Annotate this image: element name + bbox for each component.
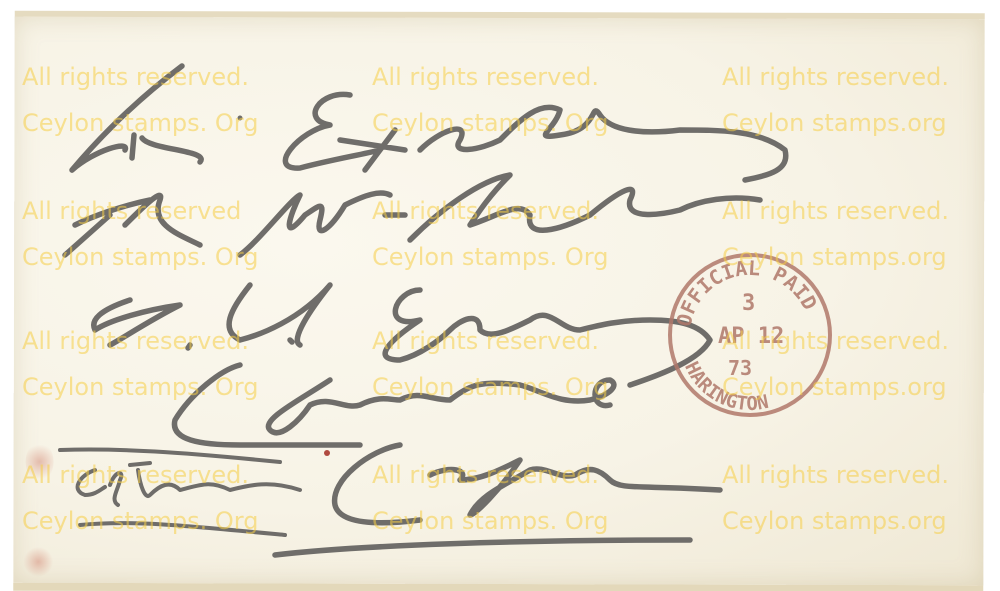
envelope-scan: OFFICIAL PAID HARINGTON 3 AP 12 73 All r… <box>0 0 1000 591</box>
handwriting-rt-honble <box>65 175 760 255</box>
handwriting-ceylon <box>335 445 720 523</box>
postmark-date: AP 12 <box>718 324 784 349</box>
red-dot <box>324 450 330 456</box>
handwriting-his <box>72 66 201 170</box>
postmark-bottom-text: HARINGTON <box>680 358 770 415</box>
svg-text:HARINGTON: HARINGTON <box>680 358 770 415</box>
handwriting: OFFICIAL PAID HARINGTON 3 AP 12 73 <box>0 0 1000 591</box>
handwriting-gregory <box>94 285 710 385</box>
postmark-day: 3 <box>742 291 755 316</box>
ink-dot <box>238 116 243 121</box>
handwriting-excellency <box>285 94 785 180</box>
handwriting-signature <box>60 450 300 536</box>
underline <box>275 540 690 555</box>
postmark: OFFICIAL PAID HARINGTON 3 AP 12 73 <box>670 255 830 415</box>
handwriting-colombo <box>174 365 613 445</box>
postmark-year: 73 <box>728 356 752 380</box>
